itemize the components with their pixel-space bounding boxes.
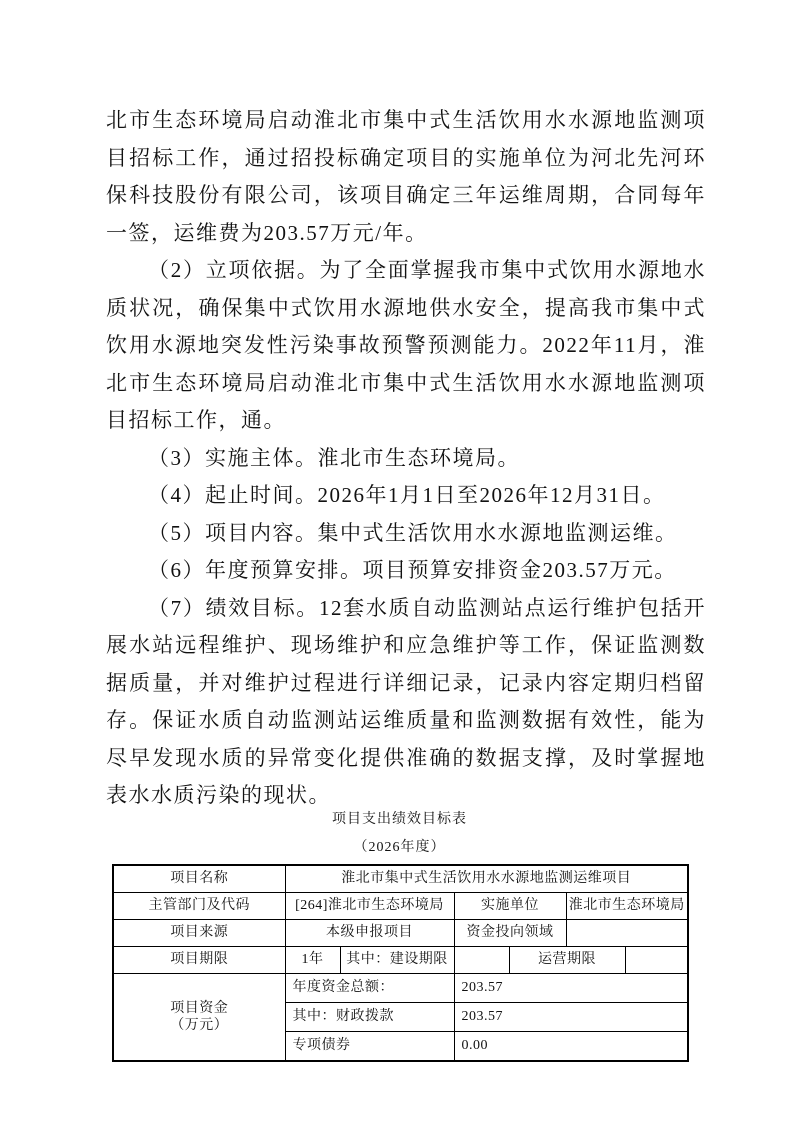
paragraph-5-xiangmu-neirong: （5）项目内容。集中式生活饮用水水源地监测运维。	[106, 515, 706, 553]
paragraph-6-yusuan-anpai: （6）年度预算安排。项目预算安排资金203.57万元。	[106, 552, 706, 590]
implementing-unit-label: 实施单位	[454, 892, 566, 919]
annual-total-value: 203.57	[454, 973, 688, 1002]
construction-period-value	[454, 946, 509, 973]
project-funds-label-line1: 项目资金	[170, 1001, 228, 1016]
table-row-source: 项目来源 本级申报项目 资金投向领域	[113, 919, 688, 946]
project-source-value: 本级申报项目	[285, 919, 454, 946]
project-funds-label-line2: （万元）	[170, 1018, 228, 1033]
table-subtitle-year: （2026年度）	[112, 839, 687, 856]
paragraph-3-shishi-zhuti: （3）实施主体。淮北市生态环境局。	[106, 440, 706, 478]
project-funds-label: 项目资金 （万元）	[113, 973, 285, 1061]
project-name-value: 淮北市集中式生活饮用水水源地监测运维项目	[285, 865, 688, 893]
performance-target-table: 项目名称 淮北市集中式生活饮用水水源地监测运维项目 主管部门及代码 [264]淮…	[112, 864, 689, 1062]
project-duration-value: 1年	[285, 946, 340, 973]
paragraph-2-lixiang-yiju: （2）立项依据。为了全面掌握我市集中式饮用水源地水质状况，确保集中式饮用水源地供…	[106, 252, 706, 440]
document-body: 北市生态环境局启动淮北市集中式生活饮用水水源地监测项目招标工作，通过招投标确定项…	[0, 0, 793, 815]
construction-period-label: 其中：建设期限	[340, 946, 454, 973]
special-bonds-value: 0.00	[454, 1031, 688, 1061]
table-row-project-name: 项目名称 淮北市集中式生活饮用水水源地监测运维项目	[113, 865, 688, 893]
table-row-department: 主管部门及代码 [264]淮北市生态环境局 实施单位 淮北市生态环境局	[113, 892, 688, 919]
project-source-label: 项目来源	[113, 919, 285, 946]
annual-total-label: 年度资金总额：	[285, 973, 454, 1002]
special-bonds-label: 专项债券	[285, 1031, 454, 1061]
paragraph-4-qizhi-shijian: （4）起止时间。2026年1月1日至2026年12月31日。	[106, 477, 706, 515]
fund-direction-value	[566, 919, 688, 946]
department-code-label: 主管部门及代码	[113, 892, 285, 919]
fund-direction-label: 资金投向领域	[454, 919, 566, 946]
paragraph-7-jixiao-mubiao: （7）绩效目标。12套水质自动监测站点运行维护包括开展水站远程维护、现场维护和应…	[106, 590, 706, 815]
fiscal-appropriation-label: 其中：财政拨款	[285, 1002, 454, 1031]
document-page: 北市生态环境局启动淮北市集中式生活饮用水水源地监测项目招标工作，通过招投标确定项…	[0, 0, 793, 1122]
department-code-value: [264]淮北市生态环境局	[285, 892, 454, 919]
table-title-block: 项目支出绩效目标表 （2026年度）	[112, 811, 687, 856]
fiscal-appropriation-value: 203.57	[454, 1002, 688, 1031]
implementing-unit-value: 淮北市生态环境局	[566, 892, 688, 919]
paragraph-continuation: 北市生态环境局启动淮北市集中式生活饮用水水源地监测项目招标工作，通过招投标确定项…	[106, 102, 706, 252]
table-row-total-funds: 项目资金 （万元） 年度资金总额： 203.57	[113, 973, 688, 1002]
project-duration-label: 项目期限	[113, 946, 285, 973]
table-row-duration: 项目期限 1年 其中：建设期限 运营期限	[113, 946, 688, 973]
operation-period-label: 运营期限	[509, 946, 625, 973]
operation-period-value	[625, 946, 688, 973]
project-name-label: 项目名称	[113, 865, 285, 893]
